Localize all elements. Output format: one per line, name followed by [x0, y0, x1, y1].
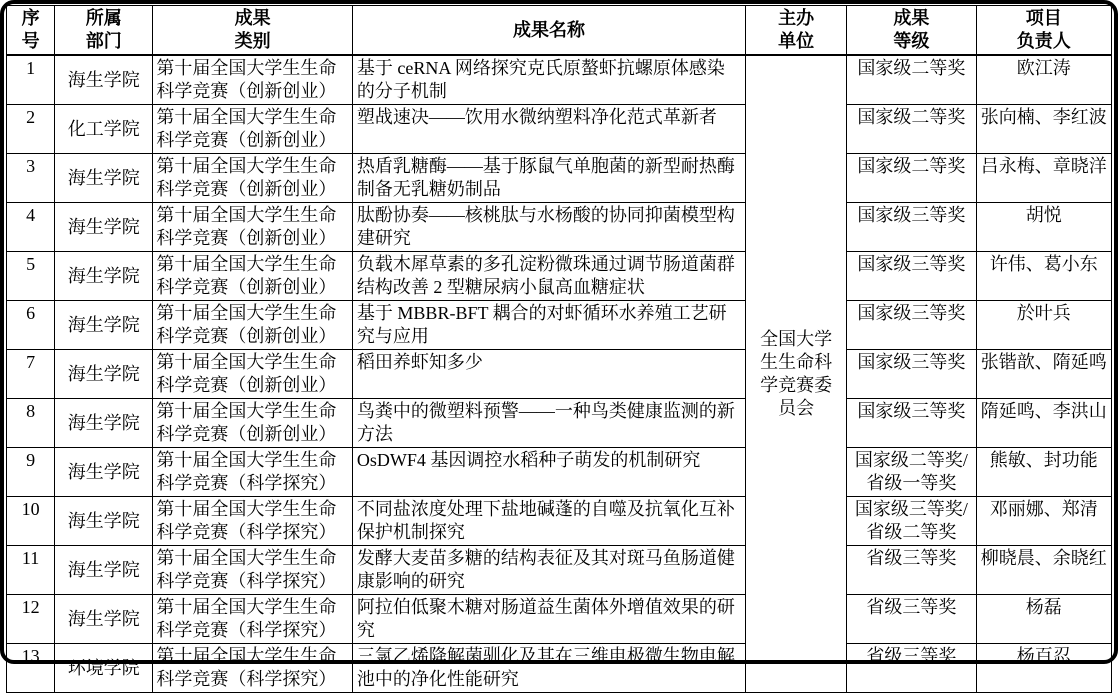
- table-row: 13 环境学院 第十届全国大学生生命科学竞赛（科学探究） 三氯乙烯降解菌驯化及其…: [7, 644, 1112, 693]
- cell-leader: 张锴歆、隋延鸣: [976, 350, 1111, 399]
- cell-department: 海生学院: [55, 399, 153, 448]
- cell-name: 塑战速决——饮用水微纳塑料净化范式革新者: [352, 105, 745, 154]
- cell-level: 国家级三等奖: [847, 350, 976, 399]
- table-row: 4 海生学院 第十届全国大学生生命科学竞赛（创新创业） 肽酚协奏——核桃肽与水杨…: [7, 203, 1112, 252]
- table-header: 序 号 所属 部门 成果 类别 成果名称 主办 单位 成果 等级 项目 负责人: [7, 6, 1112, 56]
- cell-level: 国家级三等奖/省级二等奖: [847, 497, 976, 546]
- cell-name: OsDWF4 基因调控水稻种子萌发的机制研究: [352, 448, 745, 497]
- table-row: 5 海生学院 第十届全国大学生生命科学竞赛（创新创业） 负载木犀草素的多孔淀粉微…: [7, 252, 1112, 301]
- table-row: 1 海生学院 第十届全国大学生生命科学竞赛（创新创业） 基于 ceRNA 网络探…: [7, 55, 1112, 105]
- cell-no: 4: [7, 203, 55, 252]
- table-row: 9 海生学院 第十届全国大学生生命科学竞赛（科学探究） OsDWF4 基因调控水…: [7, 448, 1112, 497]
- cell-department: 海生学院: [55, 448, 153, 497]
- col-header-no: 序 号: [7, 6, 55, 56]
- cell-level: 省级三等奖: [847, 644, 976, 693]
- cell-no: 11: [7, 546, 55, 595]
- cell-name: 热盾乳糖酶——基于豚鼠气单胞菌的新型耐热酶制备无乳糖奶制品: [352, 154, 745, 203]
- table-row: 3 海生学院 第十届全国大学生生命科学竞赛（创新创业） 热盾乳糖酶——基于豚鼠气…: [7, 154, 1112, 203]
- cell-category: 第十届全国大学生生命科学竞赛（创新创业）: [153, 105, 353, 154]
- cell-no: 7: [7, 350, 55, 399]
- col-header-category: 成果 类别: [153, 6, 353, 56]
- cell-department: 海生学院: [55, 55, 153, 105]
- cell-no: 10: [7, 497, 55, 546]
- cell-name: 肽酚协奏——核桃肽与水杨酸的协同抑菌模型构建研究: [352, 203, 745, 252]
- cell-department: 化工学院: [55, 105, 153, 154]
- cell-category: 第十届全国大学生生命科学竞赛（创新创业）: [153, 154, 353, 203]
- cell-leader: 欧江涛: [976, 55, 1111, 105]
- cell-name: 阿拉伯低聚木糖对肠道益生菌体外增值效果的研究: [352, 595, 745, 644]
- cell-name: 发酵大麦苗多糖的结构表征及其对斑马鱼肠道健康影响的研究: [352, 546, 745, 595]
- col-header-organizer: 主办 单位: [745, 6, 846, 56]
- cell-no: 3: [7, 154, 55, 203]
- cell-level: 国家级三等奖: [847, 399, 976, 448]
- cell-category: 第十届全国大学生生命科学竞赛（创新创业）: [153, 399, 353, 448]
- table-row: 2 化工学院 第十届全国大学生生命科学竞赛（创新创业） 塑战速决——饮用水微纳塑…: [7, 105, 1112, 154]
- table-body: 1 海生学院 第十届全国大学生生命科学竞赛（创新创业） 基于 ceRNA 网络探…: [7, 55, 1112, 693]
- cell-no: 1: [7, 55, 55, 105]
- table-row: 6 海生学院 第十届全国大学生生命科学竞赛（创新创业） 基于 MBBR-BFT …: [7, 301, 1112, 350]
- cell-category: 第十届全国大学生生命科学竞赛（创新创业）: [153, 350, 353, 399]
- cell-organizer-merged: 全国大学生生命科学竞赛委员会: [745, 55, 846, 693]
- cell-no: 6: [7, 301, 55, 350]
- cell-leader: 杨百忍: [976, 644, 1111, 693]
- col-header-name: 成果名称: [352, 6, 745, 56]
- cell-level: 国家级二等奖: [847, 154, 976, 203]
- cell-leader: 隋延鸣、李洪山: [976, 399, 1111, 448]
- table-row: 10 海生学院 第十届全国大学生生命科学竞赛（科学探究） 不同盐浓度处理下盐地碱…: [7, 497, 1112, 546]
- cell-level: 省级三等奖: [847, 595, 976, 644]
- cell-no: 5: [7, 252, 55, 301]
- cell-no: 12: [7, 595, 55, 644]
- cell-category: 第十届全国大学生生命科学竞赛（科学探究）: [153, 595, 353, 644]
- cell-category: 第十届全国大学生生命科学竞赛（创新创业）: [153, 203, 353, 252]
- cell-leader: 许伟、葛小东: [976, 252, 1111, 301]
- cell-name: 鸟粪中的微塑料预警——一种鸟类健康监测的新方法: [352, 399, 745, 448]
- table-row: 11 海生学院 第十届全国大学生生命科学竞赛（科学探究） 发酵大麦苗多糖的结构表…: [7, 546, 1112, 595]
- cell-leader: 於叶兵: [976, 301, 1111, 350]
- cell-category: 第十届全国大学生生命科学竞赛（科学探究）: [153, 546, 353, 595]
- cell-department: 海生学院: [55, 301, 153, 350]
- cell-level: 省级三等奖: [847, 546, 976, 595]
- cell-category: 第十届全国大学生生命科学竞赛（科学探究）: [153, 644, 353, 693]
- col-header-department: 所属 部门: [55, 6, 153, 56]
- cell-leader: 熊敏、封功能: [976, 448, 1111, 497]
- cell-leader: 张向楠、李红波: [976, 105, 1111, 154]
- header-row: 序 号 所属 部门 成果 类别 成果名称 主办 单位 成果 等级 项目 负责人: [7, 6, 1112, 56]
- cell-department: 环境学院: [55, 644, 153, 693]
- cell-leader: 柳晓晨、余晓红: [976, 546, 1111, 595]
- cell-name: 稻田养虾知多少: [352, 350, 745, 399]
- cell-no: 2: [7, 105, 55, 154]
- table-row: 7 海生学院 第十届全国大学生生命科学竞赛（创新创业） 稻田养虾知多少 国家级三…: [7, 350, 1112, 399]
- cell-level: 国家级二等奖/省级一等奖: [847, 448, 976, 497]
- cell-level: 国家级三等奖: [847, 301, 976, 350]
- cell-leader: 胡悦: [976, 203, 1111, 252]
- cell-level: 国家级三等奖: [847, 252, 976, 301]
- col-header-leader: 项目 负责人: [976, 6, 1111, 56]
- cell-category: 第十届全国大学生生命科学竞赛（科学探究）: [153, 448, 353, 497]
- cell-level: 国家级二等奖: [847, 105, 976, 154]
- cell-level: 国家级三等奖: [847, 203, 976, 252]
- cell-department: 海生学院: [55, 203, 153, 252]
- cell-name: 基于 MBBR-BFT 耦合的对虾循环水养殖工艺研究与应用: [352, 301, 745, 350]
- cell-department: 海生学院: [55, 546, 153, 595]
- cell-name: 三氯乙烯降解菌驯化及其在三维电极微生物电解池中的净化性能研究: [352, 644, 745, 693]
- table-row: 8 海生学院 第十届全国大学生生命科学竞赛（创新创业） 鸟粪中的微塑料预警——一…: [7, 399, 1112, 448]
- cell-department: 海生学院: [55, 595, 153, 644]
- cell-department: 海生学院: [55, 497, 153, 546]
- cell-leader: 杨磊: [976, 595, 1111, 644]
- cell-department: 海生学院: [55, 350, 153, 399]
- cell-category: 第十届全国大学生生命科学竞赛（科学探究）: [153, 497, 353, 546]
- cell-category: 第十届全国大学生生命科学竞赛（创新创业）: [153, 55, 353, 105]
- cell-name: 不同盐浓度处理下盐地碱蓬的自噬及抗氧化互补保护机制探究: [352, 497, 745, 546]
- cell-leader: 邓丽娜、郑清: [976, 497, 1111, 546]
- cell-name: 负载木犀草素的多孔淀粉微珠通过调节肠道菌群结构改善 2 型糖尿病小鼠高血糖症状: [352, 252, 745, 301]
- cell-no: 13: [7, 644, 55, 693]
- cell-name: 基于 ceRNA 网络探究克氏原螯虾抗螺原体感染的分子机制: [352, 55, 745, 105]
- cell-category: 第十届全国大学生生命科学竞赛（创新创业）: [153, 252, 353, 301]
- col-header-level: 成果 等级: [847, 6, 976, 56]
- cell-level: 国家级二等奖: [847, 55, 976, 105]
- table-row: 12 海生学院 第十届全国大学生生命科学竞赛（科学探究） 阿拉伯低聚木糖对肠道益…: [7, 595, 1112, 644]
- cell-no: 9: [7, 448, 55, 497]
- cell-department: 海生学院: [55, 154, 153, 203]
- results-table: 序 号 所属 部门 成果 类别 成果名称 主办 单位 成果 等级 项目 负责人 …: [6, 5, 1112, 693]
- cell-no: 8: [7, 399, 55, 448]
- cell-leader: 吕永梅、章晓洋: [976, 154, 1111, 203]
- cell-department: 海生学院: [55, 252, 153, 301]
- cell-category: 第十届全国大学生生命科学竞赛（创新创业）: [153, 301, 353, 350]
